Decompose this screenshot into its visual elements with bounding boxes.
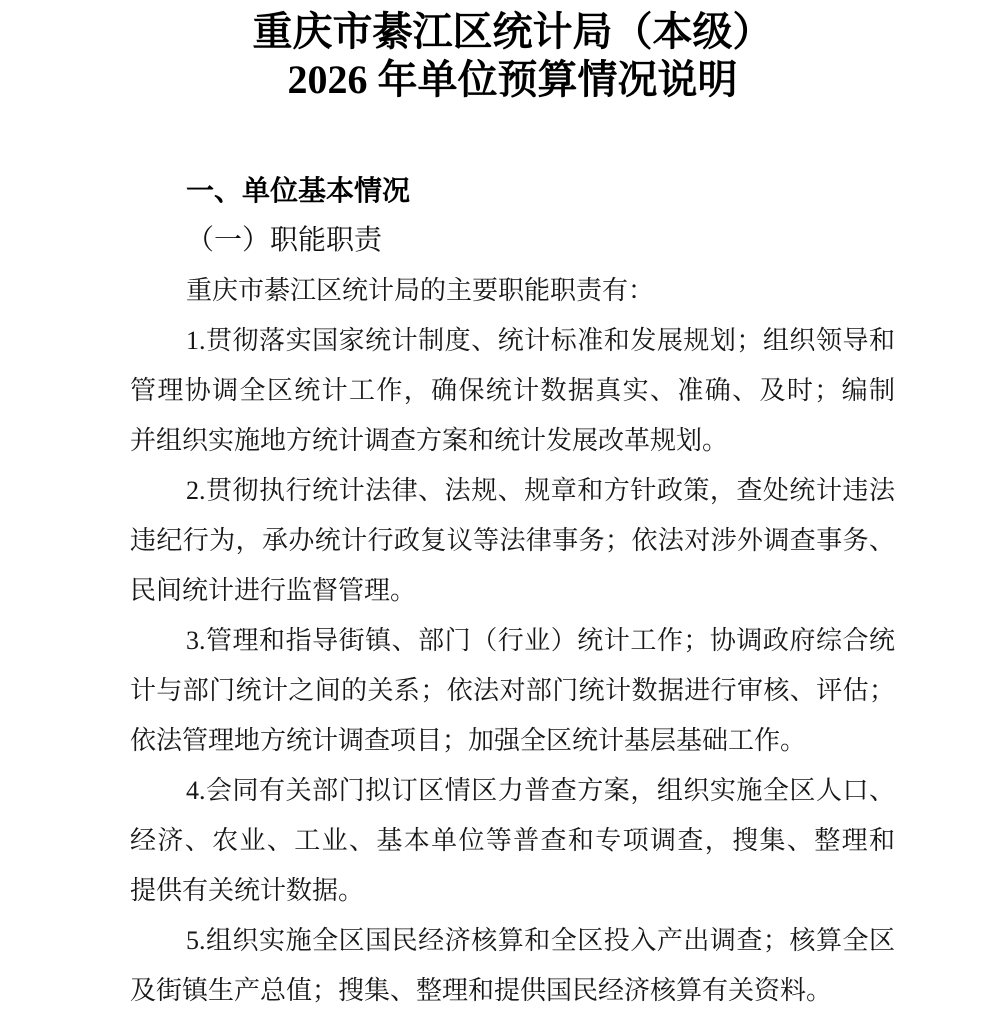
paragraph-4-line-1: 4.会同有关部门拟订区情区力普查方案，组织实施全区人口、: [130, 766, 895, 816]
paragraph-3-line-1: 3.管理和指导街镇、部门（行业）统计工作；协调政府综合统: [130, 616, 895, 666]
document-content: 重庆市綦江区统计局（本级） 2026 年单位预算情况说明 一、单位基本情况 （一…: [0, 0, 1000, 1013]
subsection-heading: （一）职能职责: [130, 216, 895, 266]
title-body-gap: [130, 104, 895, 166]
paragraph-4-line-2: 经济、农业、工业、基本单位等普查和专项调查，搜集、整理和: [130, 816, 895, 866]
document-page: 重庆市綦江区统计局（本级） 2026 年单位预算情况说明 一、单位基本情况 （一…: [0, 0, 1000, 1013]
title-line-1: 重庆市綦江区统计局（本级）: [130, 8, 895, 56]
paragraph-1: 1.贯彻落实国家统计制度、统计标准和发展规划；组织领导和 管理协调全区统计工作，…: [130, 316, 895, 466]
paragraph-2-line-2: 违纪行为，承办统计行政复议等法律事务；依法对涉外调查事务、: [130, 516, 895, 566]
paragraph-2-line-1: 2.贯彻执行统计法律、法规、规章和方针政策，查处统计违法: [130, 466, 895, 516]
paragraph-2: 2.贯彻执行统计法律、法规、规章和方针政策，查处统计违法 违纪行为，承办统计行政…: [130, 466, 895, 616]
paragraph-5: 5.组织实施全区国民经济核算和全区投入产出调查；核算全区 及街镇生产总值；搜集、…: [130, 916, 895, 1013]
paragraph-3: 3.管理和指导街镇、部门（行业）统计工作；协调政府综合统 计与部门统计之间的关系…: [130, 616, 895, 766]
paragraph-1-line-2: 管理协调全区统计工作，确保统计数据真实、准确、及时；编制: [130, 366, 895, 416]
paragraph-1-line-3: 并组织实施地方统计调查方案和统计发展改革规划。: [130, 416, 895, 466]
paragraph-3-line-3: 依法管理地方统计调查项目；加强全区统计基层基础工作。: [130, 716, 895, 766]
intro-line: 重庆市綦江区统计局的主要职能职责有：: [130, 266, 895, 316]
section-heading: 一、单位基本情况: [130, 166, 895, 216]
paragraph-5-line-2: 及街镇生产总值；搜集、整理和提供国民经济核算有关资料。: [130, 966, 895, 1013]
paragraph-5-line-1: 5.组织实施全区国民经济核算和全区投入产出调查；核算全区: [130, 916, 895, 966]
document-title: 重庆市綦江区统计局（本级） 2026 年单位预算情况说明: [130, 8, 895, 104]
paragraph-2-line-3: 民间统计进行监督管理。: [130, 566, 895, 616]
paragraph-4-line-3: 提供有关统计数据。: [130, 866, 895, 916]
paragraph-4: 4.会同有关部门拟订区情区力普查方案，组织实施全区人口、 经济、农业、工业、基本…: [130, 766, 895, 916]
paragraph-3-line-2: 计与部门统计之间的关系；依法对部门统计数据进行审核、评估；: [130, 666, 895, 716]
title-line-2: 2026 年单位预算情况说明: [130, 56, 895, 104]
paragraph-1-line-1: 1.贯彻落实国家统计制度、统计标准和发展规划；组织领导和: [130, 316, 895, 366]
